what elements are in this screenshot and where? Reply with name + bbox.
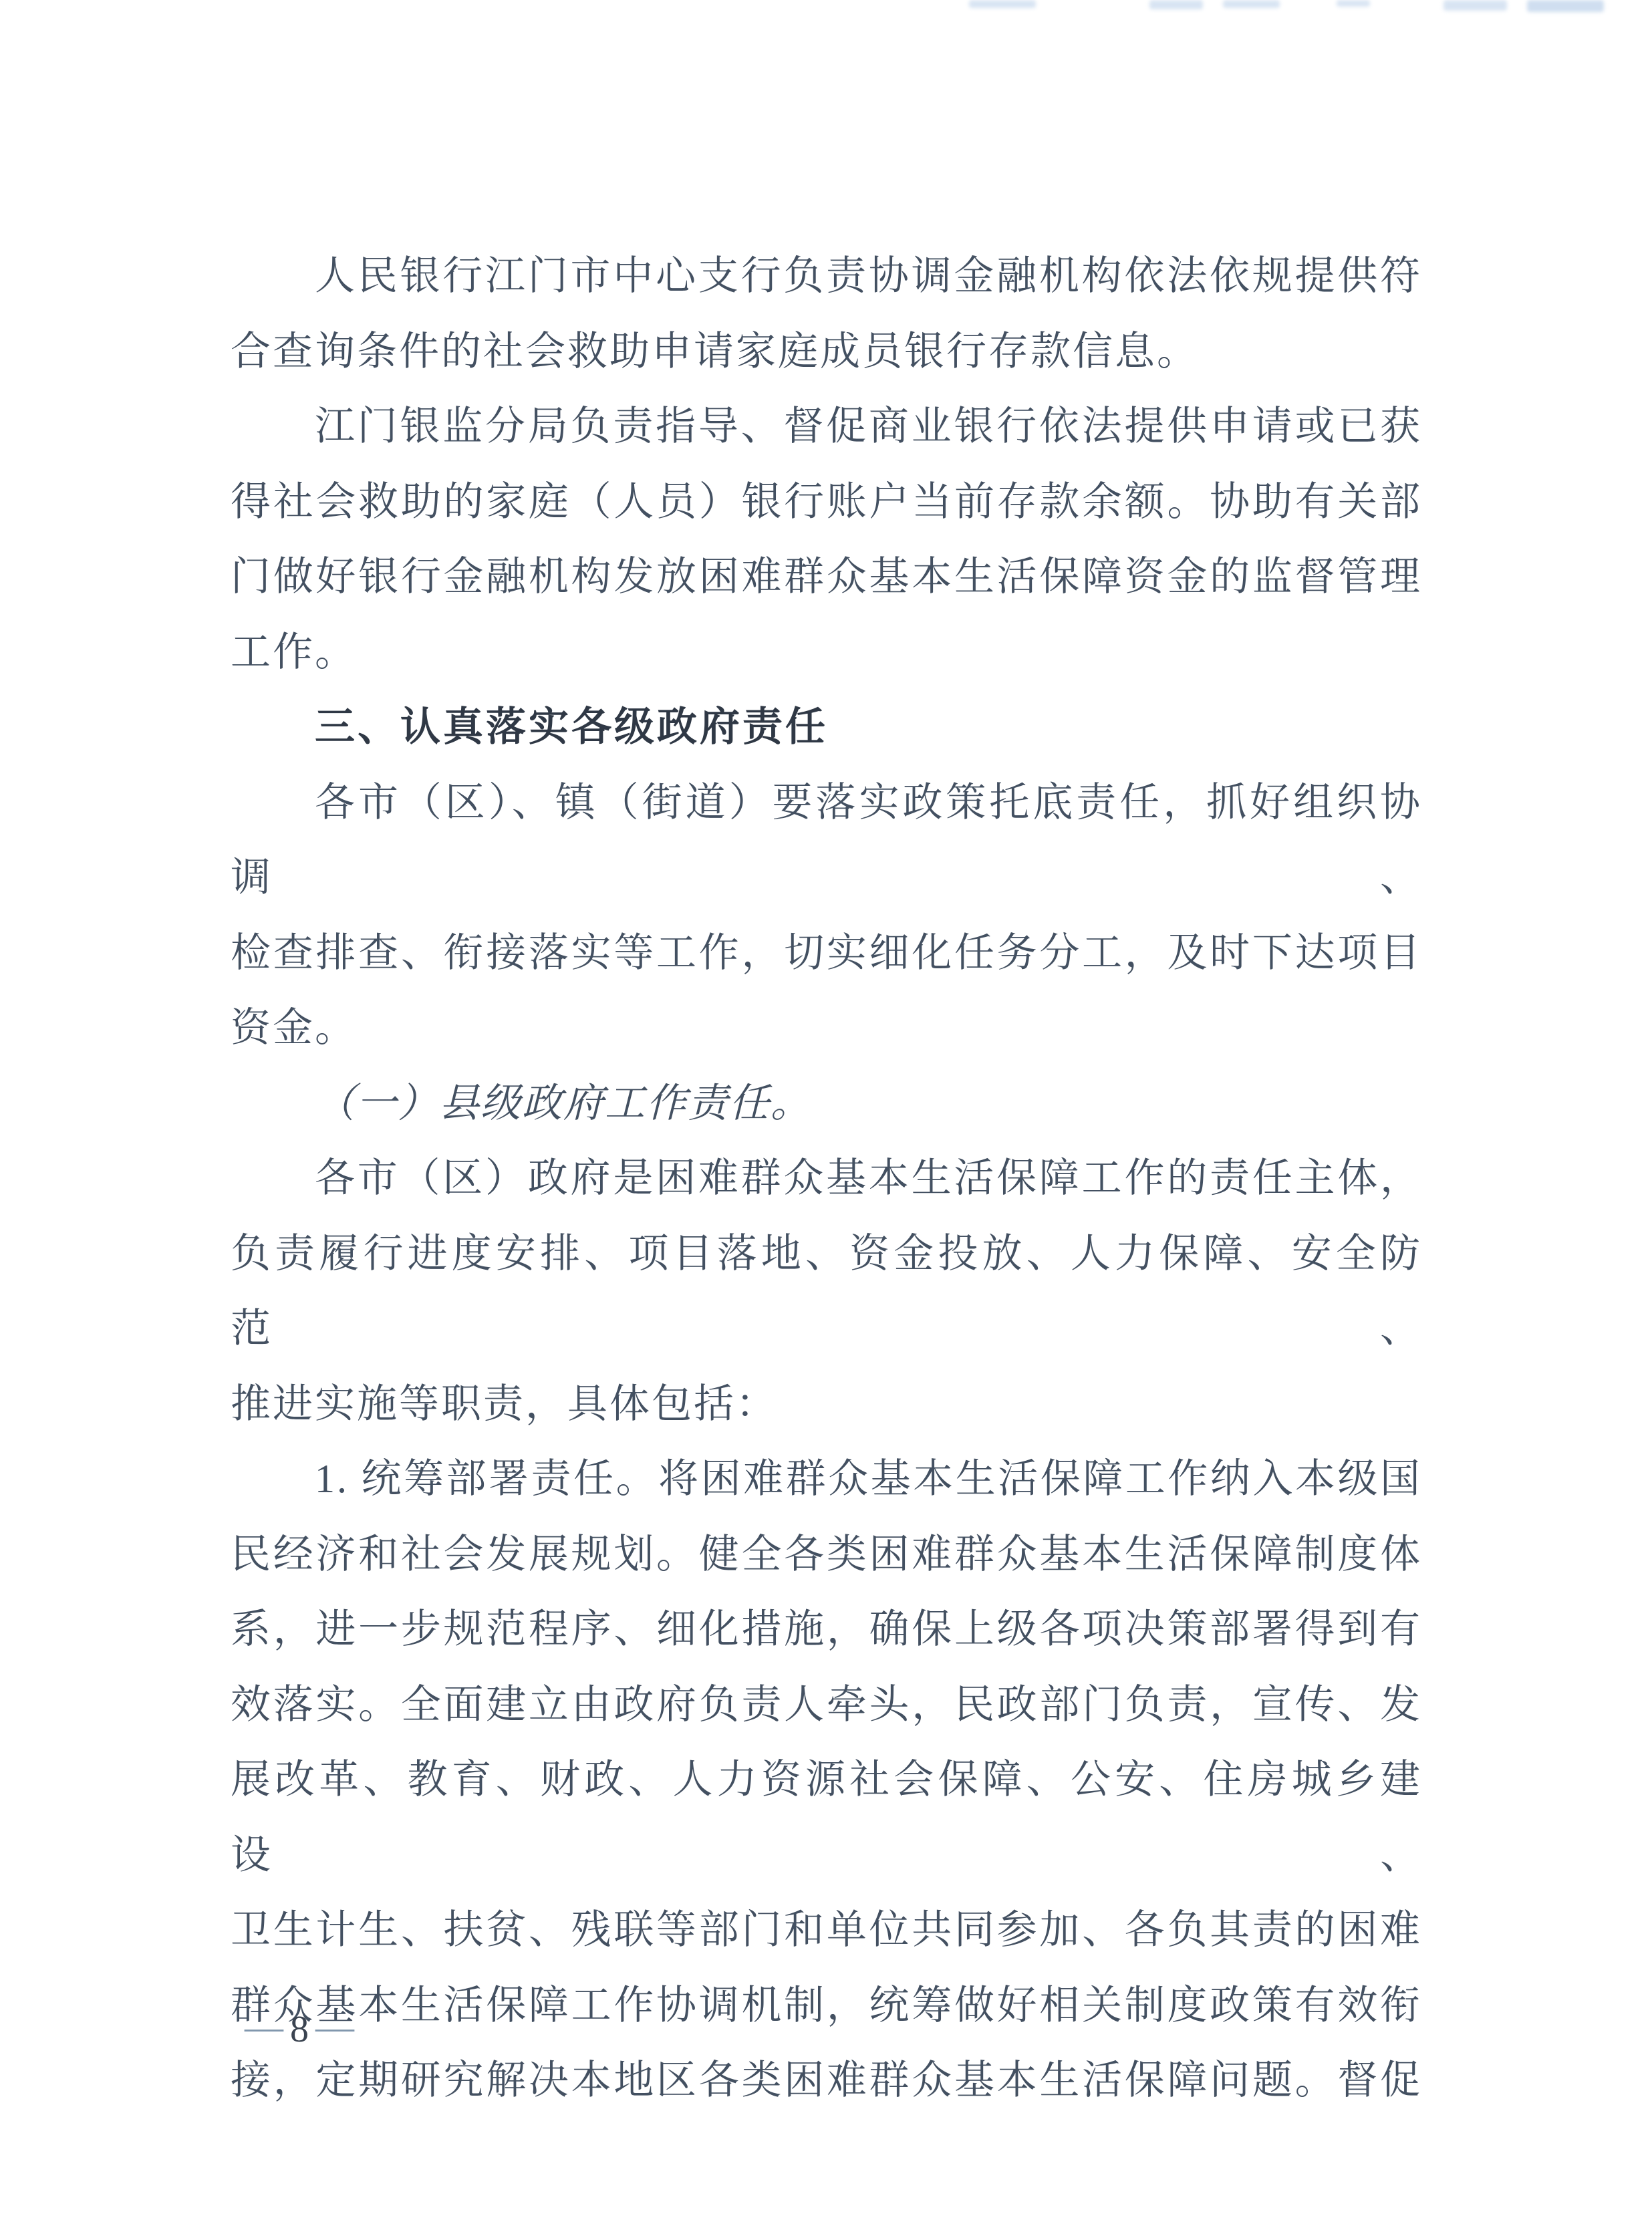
document-page: 人民银行江门市中心支行负责协调金融机构依法依规提供符 合查询条件的社会救助申请家… xyxy=(0,0,1652,2240)
page-number-dash: — xyxy=(315,2007,354,2046)
page-number-value: 8 xyxy=(290,2011,309,2048)
section-heading: 三、认真落实各级政府责任 xyxy=(231,690,1422,765)
document-body: 人民银行江门市中心支行负责协调金融机构依法依规提供符 合查询条件的社会救助申请家… xyxy=(231,239,1422,2118)
subsection-heading: （一）县级政府工作责任。 xyxy=(231,1066,1422,1141)
text-line: 民经济和社会发展规划。健全各类困难群众基本生活保障制度体 xyxy=(231,1517,1422,1592)
text-line: 展改革、教育、财政、人力资源社会保障、公安、住房城乡建设、 xyxy=(231,1742,1422,1893)
text-line: 检查排查、衔接落实等工作，切实细化任务分工，及时下达项目 xyxy=(231,916,1422,991)
text-line: 门做好银行金融机构发放困难群众基本生活保障资金的监督管理 xyxy=(231,539,1422,615)
text-line: 群众基本生活保障工作协调机制，统筹做好相关制度政策有效衔 xyxy=(231,1968,1422,2044)
text-line: 得社会救助的家庭（人员）银行账户当前存款余额。协助有关部 xyxy=(231,464,1422,540)
scan-artifact xyxy=(1443,0,1507,11)
text-line: 各市（区）政府是困难群众基本生活保障工作的责任主体， xyxy=(231,1141,1422,1216)
scan-artifact xyxy=(1527,0,1604,12)
text-line: 卫生计生、扶贫、残联等部门和单位共同参加、各负其责的困难 xyxy=(231,1893,1422,1968)
text-line: 江门银监分局负责指导、督促商业银行依法提供申请或已获 xyxy=(231,389,1422,464)
text-line: 合查询条件的社会救助申请家庭成员银行存款信息。 xyxy=(231,314,1422,390)
text-line: 各市（区）、镇（街道）要落实政策托底责任，抓好组织协调、 xyxy=(231,765,1422,916)
scan-artifact xyxy=(969,0,1036,8)
scan-artifact xyxy=(1337,0,1370,7)
text-line: 推进实施等职责，具体包括： xyxy=(231,1367,1422,1442)
text-line: 1. 统筹部署责任。将困难群众基本生活保障工作纳入本级国 xyxy=(231,1441,1422,1517)
text-line: 工作。 xyxy=(231,615,1422,690)
text-line: 接，定期研究解决本地区各类困难群众基本生活保障问题。督促 xyxy=(231,2043,1422,2118)
scan-artifact xyxy=(1149,0,1203,9)
text-line: 人民银行江门市中心支行负责协调金融机构依法依规提供符 xyxy=(231,239,1422,314)
text-line: 效落实。全面建立由政府负责人牵头，民政部门负责，宣传、发 xyxy=(231,1667,1422,1743)
text-line: 负责履行进度安排、项目落地、资金投放、人力保障、安全防范、 xyxy=(231,1216,1422,1367)
text-line: 系，进一步规范程序、细化措施，确保上级各项决策部署得到有 xyxy=(231,1592,1422,1667)
scan-artifact xyxy=(1223,0,1280,8)
page-number-dash: — xyxy=(245,2007,283,2046)
text-line: 资金。 xyxy=(231,990,1422,1066)
page-number: — 8 — xyxy=(245,2010,354,2049)
